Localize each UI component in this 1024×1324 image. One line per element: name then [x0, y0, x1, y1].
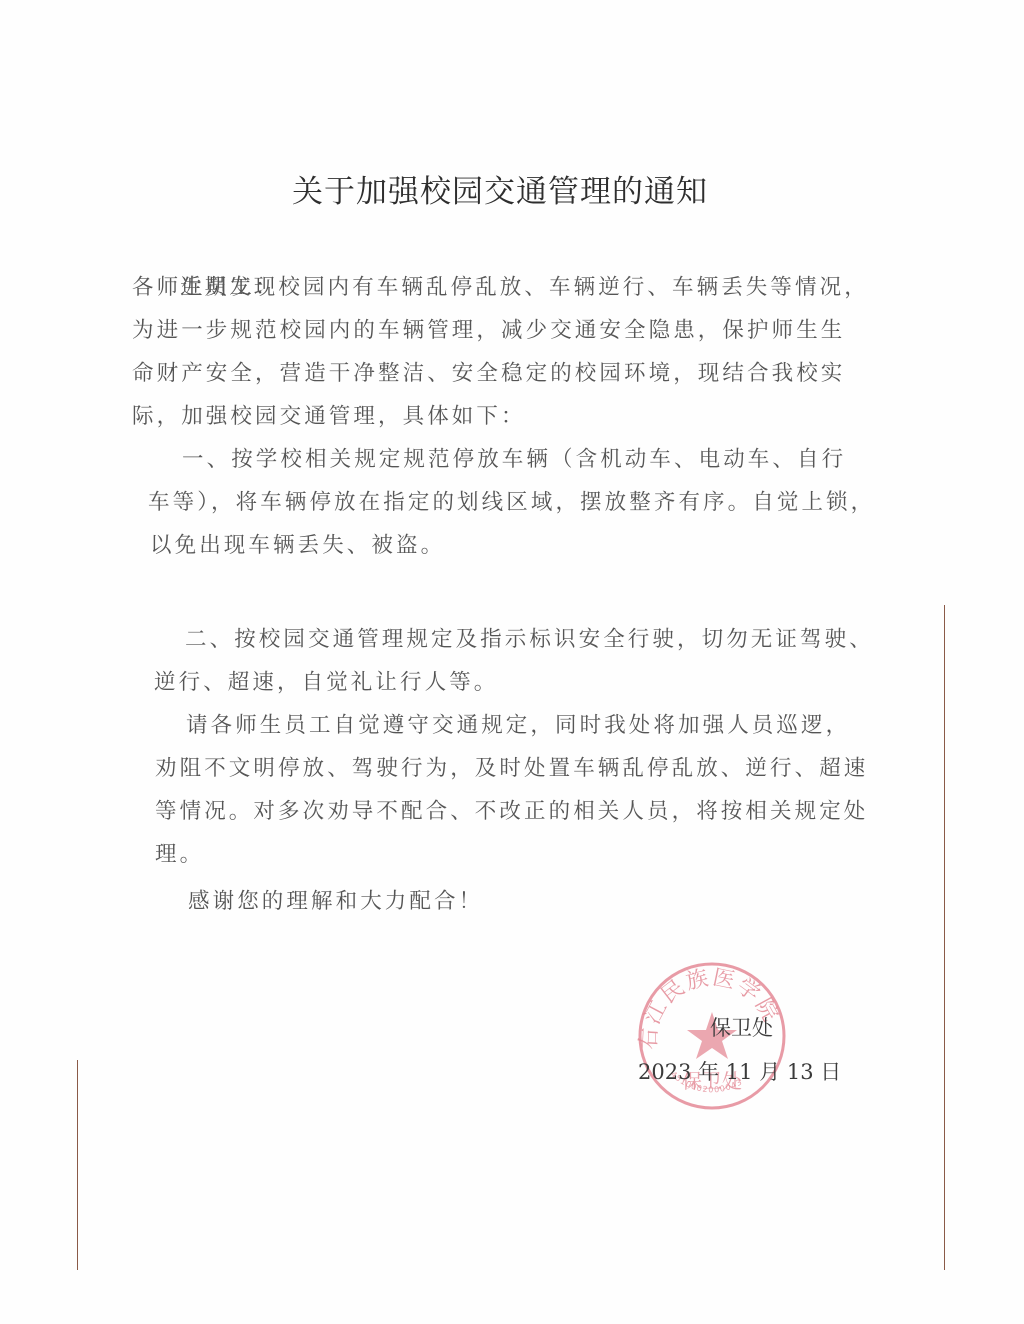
page-edge-right — [944, 605, 945, 1270]
body-line: 请各师生员工自觉遵守交通规定，同时我处将加强人员巡逻， — [186, 708, 850, 739]
body-line: 理。 — [155, 837, 204, 868]
notice-title: 关于加强校园交通管理的通知 — [0, 166, 1000, 211]
page-edge-left — [77, 1060, 78, 1270]
body-line: 劝阻不文明停放、驾驶行为，及时处置车辆乱停乱放、逆行、超速 — [155, 751, 868, 782]
issuing-department: 保卫处 — [710, 1012, 773, 1042]
body-line: 际，加强校园交通管理，具体如下： — [132, 399, 526, 430]
body-line: 逆行、超速，自觉礼让行人等。 — [154, 665, 498, 696]
body-line: 近期发现校园内有车辆乱停乱放、车辆逆行、车辆丢失等情况， — [180, 270, 869, 301]
body-line: 等情况。对多次劝导不配合、不改正的相关人员，将按相关规定处 — [155, 794, 868, 825]
body-line: 一、按学校相关规定规范停放车辆（含机动车、电动车、自行 — [182, 442, 846, 473]
body-line: 感谢您的理解和大力配合！ — [188, 884, 483, 915]
body-line: 命财产安全，营造干净整洁、安全稳定的校园环境，现结合我校实 — [132, 356, 845, 387]
body-line: 二、按校园交通管理规定及指示标识安全行驶，切勿无证驾驶、 — [185, 622, 874, 653]
body-line: 以免出现车辆丢失、被盗。 — [150, 528, 445, 559]
body-line: 车等），将车辆停放在指定的划线区域，摆放整齐有序。自觉上锁， — [148, 485, 875, 516]
notice-page: 关于加强校园交通管理的通知 各师生员工： 近期发现校园内有车辆乱停乱放、车辆逆行… — [0, 0, 1024, 1324]
body-line: 为进一步规范校园内的车辆管理，减少交通安全隐患，保护师生生 — [132, 313, 845, 344]
issue-date: 2023 年 11 月 13 日 — [638, 1056, 841, 1086]
